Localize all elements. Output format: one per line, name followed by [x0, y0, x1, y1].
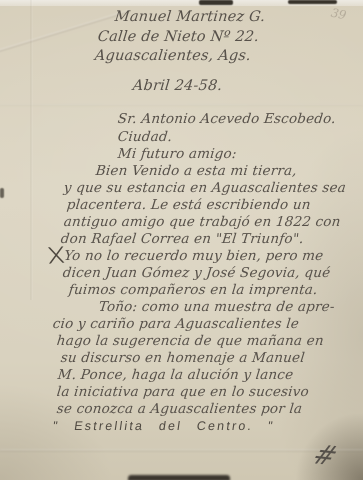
sender-city-line: Aguascalientes, Ags. — [94, 48, 252, 64]
horizontal-crease — [0, 104, 363, 106]
body-line: y que su estancia en Aguascalientes sea — [63, 180, 347, 196]
end-mark: # — [307, 440, 343, 472]
scan-bottom-edge — [128, 475, 230, 480]
body-line: placentera. Le está escribiendo un — [66, 197, 312, 213]
body-line: Bien Venido a esta mi tierra, — [95, 163, 298, 179]
body-line-text: Yo no lo recuerdo muy bien, pero me — [63, 248, 324, 264]
body-line: la iniciativa para que en lo sucesivo — [56, 384, 310, 400]
body-line: dicen Juan Gómez y José Segovia, qué — [62, 265, 331, 281]
body-line: cio y cariño para Aguascalientes le — [52, 316, 300, 332]
recipient-city-line: Ciudad. — [117, 129, 173, 145]
letter-scan: 39 Manuel Martinez G. Calle de Nieto Nº … — [0, 0, 363, 480]
body-line: Toño: como una muestra de apre- — [98, 299, 336, 315]
recipient-name-line: Sr. Antonio Acevedo Escobedo. — [117, 111, 337, 127]
horizontal-crease — [0, 449, 363, 452]
date-line: Abril 24-58. — [132, 78, 223, 94]
scan-edge-mark — [288, 0, 337, 4]
body-line: don Rafael Correa en "El Triunfo". — [60, 231, 305, 247]
quoted-phrase-line: " Estrellita del Centro. " — [52, 419, 276, 433]
sender-street-line: Calle de Nieto Nº 22. — [97, 29, 260, 45]
scan-edge-mark — [0, 188, 4, 198]
sender-name-line: Manuel Martinez G. — [114, 9, 266, 25]
vertical-crease — [30, 0, 33, 300]
body-line: hago la sugerencia de que mañana en — [56, 333, 325, 349]
salutation-line: Mi futuro amigo: — [117, 146, 237, 162]
scribble-mark: ╳ — [49, 248, 57, 264]
body-line: M. Ponce, haga la alución y lance — [57, 367, 294, 383]
scan-edge-mark — [199, 0, 233, 5]
body-line: antiguo amigo que trabajó en 1822 con — [63, 214, 341, 230]
pencil-page-number: 39 — [330, 6, 348, 23]
body-line: ╳Yo no lo recuerdo muy bien, pero me — [50, 248, 324, 264]
body-line: se conozca a Aguascalientes por la — [56, 401, 303, 417]
body-line: su discurso en homenaje a Manuel — [60, 350, 306, 366]
body-line: fuimos compañeros en la imprenta. — [68, 282, 318, 298]
